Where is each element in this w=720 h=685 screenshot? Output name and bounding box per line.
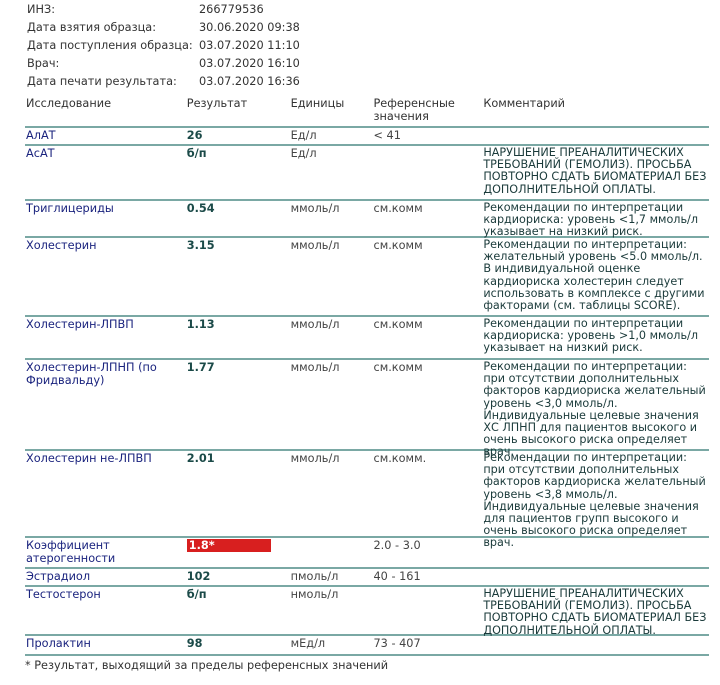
cell-reference: см.комм: [373, 318, 483, 358]
cell-name: Эстрадиол: [25, 570, 187, 585]
meta-row-print-date: Дата печати результата: 03.07.2020 16:36: [27, 73, 300, 91]
table-row: АсАТб/пЕд/лНАРУШЕНИЕ ПРЕАНАЛИТИЧЕСКИХ ТР…: [25, 146, 709, 201]
cell-result: 0.54: [187, 202, 291, 236]
cell-name: Холестерин-ЛПВП: [25, 318, 187, 358]
table-header: Исследование Результат Единицы Референсн…: [25, 96, 709, 128]
cell-result: 3.15: [187, 239, 291, 315]
meta-row-received-date: Дата поступления образца: 03.07.2020 11:…: [27, 37, 300, 55]
meta-label: Дата печати результата:: [27, 73, 199, 91]
table-row: Триглицериды0.54ммоль/лсм.коммРекомендац…: [25, 201, 709, 238]
cell-units: Ед/л: [291, 129, 374, 144]
header-reference: Референсные значения: [373, 97, 483, 126]
cell-comment: [483, 637, 709, 654]
cell-name: Коэффициент атерогенности: [25, 539, 187, 567]
cell-result: 2.01: [187, 452, 291, 536]
meta-row-sample-date: Дата взятия образца: 30.06.2020 09:38: [27, 19, 300, 37]
cell-reference: 40 - 161: [373, 570, 483, 585]
cell-result: 1.13: [187, 318, 291, 358]
cell-name: Тестостерон: [25, 588, 187, 634]
cell-name: Холестерин-ЛПНП (по Фридвальду): [25, 361, 187, 449]
flagged-result-badge: 1.8*: [187, 539, 271, 552]
cell-reference: [373, 147, 483, 199]
cell-comment: Рекомендации по интерпретации: при отсут…: [483, 361, 709, 449]
cell-units: ммоль/л: [291, 239, 374, 315]
table-row: Пролактин98мЕд/л73 - 407: [25, 636, 709, 656]
cell-comment: Рекомендации по интерпретации кардиориск…: [483, 202, 709, 236]
cell-reference: [373, 588, 483, 634]
cell-name: Триглицериды: [25, 202, 187, 236]
cell-result: б/п: [187, 147, 291, 199]
cell-reference: 73 - 407: [373, 637, 483, 654]
meta-row-doctor: Врач: 03.07.2020 16:10: [27, 55, 300, 73]
table-row: Эстрадиол102пмоль/л40 - 161: [25, 569, 709, 587]
meta-row-inz: ИНЗ: 266779536: [27, 1, 300, 19]
cell-units: пмоль/л: [291, 570, 374, 585]
cell-result: 26: [187, 129, 291, 144]
meta-value: 03.07.2020 16:36: [199, 73, 300, 91]
cell-name: АлАТ: [25, 129, 187, 144]
cell-comment: НАРУШЕНИЕ ПРЕАНАЛИТИЧЕСКИХ ТРЕБОВАНИЙ (Г…: [483, 588, 709, 634]
table-row: Коэффициент атерогенности1.8*2.0 - 3.0: [25, 538, 709, 569]
meta-label: Дата взятия образца:: [27, 19, 199, 37]
table-row: Холестерин не-ЛПВП2.01ммоль/лсм.комм.Рек…: [25, 451, 709, 538]
cell-comment: [483, 539, 709, 567]
cell-units: [291, 539, 374, 567]
cell-reference: см.комм: [373, 361, 483, 449]
cell-units: мЕд/л: [291, 637, 374, 654]
cell-reference: 2.0 - 3.0: [373, 539, 483, 567]
meta-label: ИНЗ:: [27, 1, 199, 19]
cell-result: 102: [187, 570, 291, 585]
cell-comment: Рекомендации по интерпретации кардиориск…: [483, 318, 709, 358]
cell-name: Пролактин: [25, 637, 187, 654]
cell-name: АсАТ: [25, 147, 187, 199]
header-units: Единицы: [291, 97, 374, 126]
results-table: Исследование Результат Единицы Референсн…: [25, 96, 709, 656]
meta-label: Дата поступления образца:: [27, 37, 199, 55]
cell-reference: < 41: [373, 129, 483, 144]
cell-reference: см.комм: [373, 202, 483, 236]
cell-units: ммоль/л: [291, 318, 374, 358]
table-row: АлАТ26Ед/л< 41: [25, 128, 709, 146]
cell-comment: Рекомендации по интерпретации: при отсут…: [483, 452, 709, 536]
cell-result: 1.8*: [187, 539, 291, 567]
cell-name: Холестерин не-ЛПВП: [25, 452, 187, 536]
table-row: Холестерин3.15ммоль/лсм.коммРекомендации…: [25, 238, 709, 317]
cell-units: нмоль/л: [291, 588, 374, 634]
table-row: Холестерин-ЛПВП1.13ммоль/лсм.коммРекомен…: [25, 317, 709, 360]
cell-comment: НАРУШЕНИЕ ПРЕАНАЛИТИЧЕСКИХ ТРЕБОВАНИЙ (Г…: [483, 147, 709, 199]
table-row: Холестерин-ЛПНП (по Фридвальду)1.77ммоль…: [25, 360, 709, 451]
cell-reference: см.комм.: [373, 452, 483, 536]
meta-label: Врач:: [27, 55, 199, 73]
cell-name: Холестерин: [25, 239, 187, 315]
cell-comment: Рекомендации по интерпретации: желательн…: [483, 239, 709, 315]
cell-units: Ед/л: [291, 147, 374, 199]
cell-result: б/п: [187, 588, 291, 634]
cell-units: ммоль/л: [291, 452, 374, 536]
cell-comment: [483, 570, 709, 585]
footnote: * Результат, выходящий за пределы рефере…: [25, 659, 388, 672]
cell-units: ммоль/л: [291, 202, 374, 236]
header-comment: Комментарий: [483, 97, 709, 126]
cell-reference: см.комм: [373, 239, 483, 315]
cell-comment: [483, 129, 709, 144]
table-body: АлАТ26Ед/л< 41АсАТб/пЕд/лНАРУШЕНИЕ ПРЕАН…: [25, 128, 709, 656]
meta-value: 03.07.2020 16:10: [199, 55, 300, 73]
meta-value: 03.07.2020 11:10: [199, 37, 300, 55]
table-row: Тестостеронб/пнмоль/лНАРУШЕНИЕ ПРЕАНАЛИТ…: [25, 587, 709, 636]
header-result: Результат: [187, 97, 291, 126]
cell-result: 1.77: [187, 361, 291, 449]
cell-units: ммоль/л: [291, 361, 374, 449]
meta-value: 30.06.2020 09:38: [199, 19, 300, 37]
sample-info: ИНЗ: 266779536 Дата взятия образца: 30.0…: [27, 1, 300, 91]
header-name: Исследование: [25, 97, 187, 126]
cell-result: 98: [187, 637, 291, 654]
meta-value: 266779536: [199, 1, 264, 19]
